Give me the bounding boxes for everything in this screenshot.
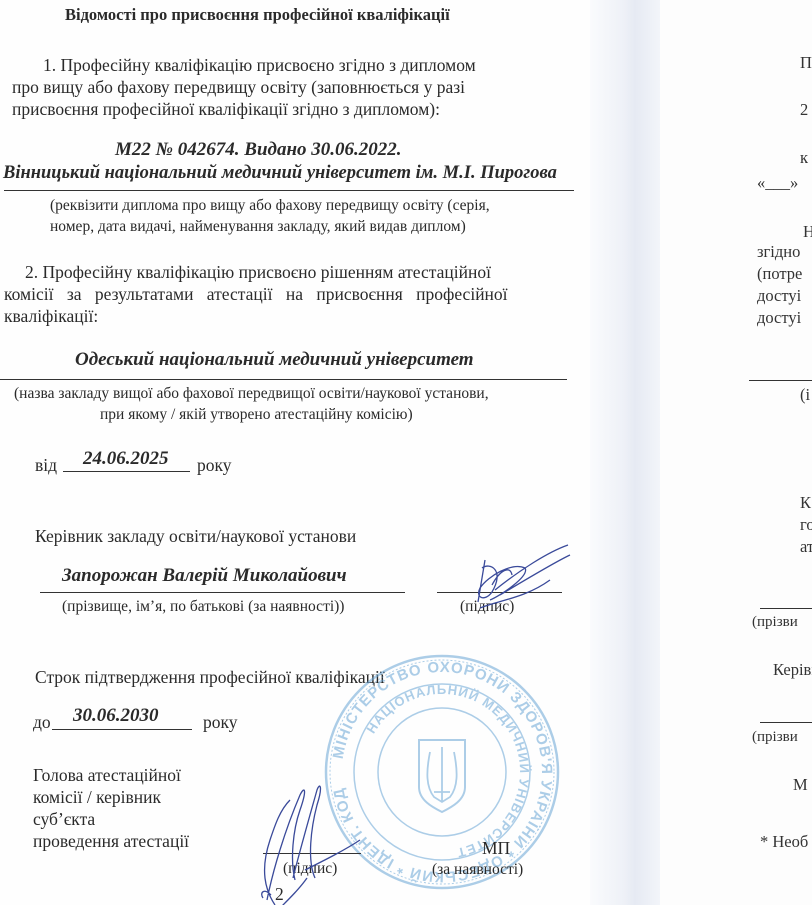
chair-label-4: проведення атестації bbox=[33, 831, 189, 851]
institution-underline bbox=[0, 379, 567, 380]
institution-caption-1: (назва закладу вищої або фахової передви… bbox=[14, 384, 489, 404]
right-underline bbox=[760, 722, 812, 723]
head-name: Запорожан Валерій Миколайович bbox=[62, 566, 347, 586]
page-number: 2 bbox=[275, 884, 284, 904]
page-gutter bbox=[590, 0, 665, 905]
diploma-caption-1: (реквізити диплома про вищу або фахову п… bbox=[50, 196, 490, 216]
right-fragment: к bbox=[800, 148, 808, 168]
right-fragment: (і bbox=[800, 385, 810, 405]
chair-label-2: комісії / керівник bbox=[33, 787, 161, 807]
document-page-right: П 2 к «___» Н згідно (потре достуі досту… bbox=[660, 0, 812, 905]
decision-date-prefix: від bbox=[35, 455, 57, 475]
right-fragment: «___» bbox=[757, 173, 798, 193]
right-fragment: ат bbox=[800, 537, 812, 557]
chair-label-1: Голова атестаційної bbox=[33, 765, 181, 785]
diploma-institution: Вінницький національний медичний універс… bbox=[3, 163, 557, 183]
right-fragment: згідно bbox=[757, 242, 800, 262]
right-fragment: * Необ bbox=[760, 832, 808, 852]
decision-date-suffix: року bbox=[197, 455, 232, 475]
diploma-caption-2: номер, дата видачі, найменування закладу… bbox=[50, 217, 466, 237]
seal-label: МП bbox=[482, 838, 510, 858]
confirmation-date-underline bbox=[52, 729, 192, 730]
section2-line-3: кваліфікації: bbox=[4, 306, 98, 326]
head-label: Керівник закладу освіти/наукової установ… bbox=[35, 526, 356, 546]
right-fragment: М bbox=[793, 775, 808, 795]
decision-date-underline bbox=[63, 471, 190, 472]
institution-caption-2: при якому / якій утворено атестаційну ко… bbox=[100, 405, 413, 425]
right-fragment: К bbox=[800, 493, 811, 513]
section2-line-1: 2. Професійну кваліфікацію присвоєно ріш… bbox=[25, 262, 491, 282]
right-fragment: Керівни bbox=[773, 660, 812, 680]
diploma-underline bbox=[4, 190, 574, 191]
section2-line-2: комісії за результатами атестації на при… bbox=[4, 284, 508, 304]
right-fragment: достуі bbox=[757, 308, 801, 328]
chair-label-3: суб’єкта bbox=[33, 809, 95, 829]
right-fragment: достуі bbox=[757, 286, 801, 306]
right-fragment: П bbox=[800, 53, 812, 73]
confirmation-prefix: до bbox=[33, 712, 51, 732]
section1-line-1: 1. Професійну кваліфікацію присвоєно згі… bbox=[43, 55, 476, 75]
diploma-number: М22 № 042674. Видано 30.06.2022. bbox=[115, 140, 402, 160]
right-underline bbox=[760, 608, 812, 609]
right-fragment: (прізви bbox=[752, 612, 798, 632]
attestation-institution: Одеський національний медичний університ… bbox=[75, 350, 474, 370]
section1-line-3: присвоєння професійної кваліфікації згід… bbox=[12, 99, 440, 119]
head-name-underline bbox=[40, 592, 405, 593]
chair-signature bbox=[245, 770, 365, 905]
right-fragment: Н bbox=[803, 222, 812, 242]
confirmation-suffix: року bbox=[203, 712, 238, 732]
right-fragment: (прізви bbox=[752, 727, 798, 747]
document-title: Відомості про присвоєння професійної ква… bbox=[65, 5, 450, 25]
seal-caption: (за наявності) bbox=[432, 860, 523, 880]
right-underline bbox=[749, 380, 812, 381]
right-fragment: го bbox=[800, 515, 812, 535]
head-name-caption: (прізвище, ім’я, по батькові (за наявнос… bbox=[62, 597, 344, 617]
confirmation-date: 30.06.2030 bbox=[73, 706, 159, 726]
right-fragment: (потре bbox=[757, 264, 802, 284]
section1-line-2: про вищу або фахову передвищу освіту (за… bbox=[12, 77, 465, 97]
document-page-left: Відомості про присвоєння професійної ква… bbox=[0, 0, 620, 905]
decision-date: 24.06.2025 bbox=[83, 449, 169, 469]
right-fragment: 2 bbox=[800, 100, 808, 120]
head-signature bbox=[430, 540, 575, 640]
